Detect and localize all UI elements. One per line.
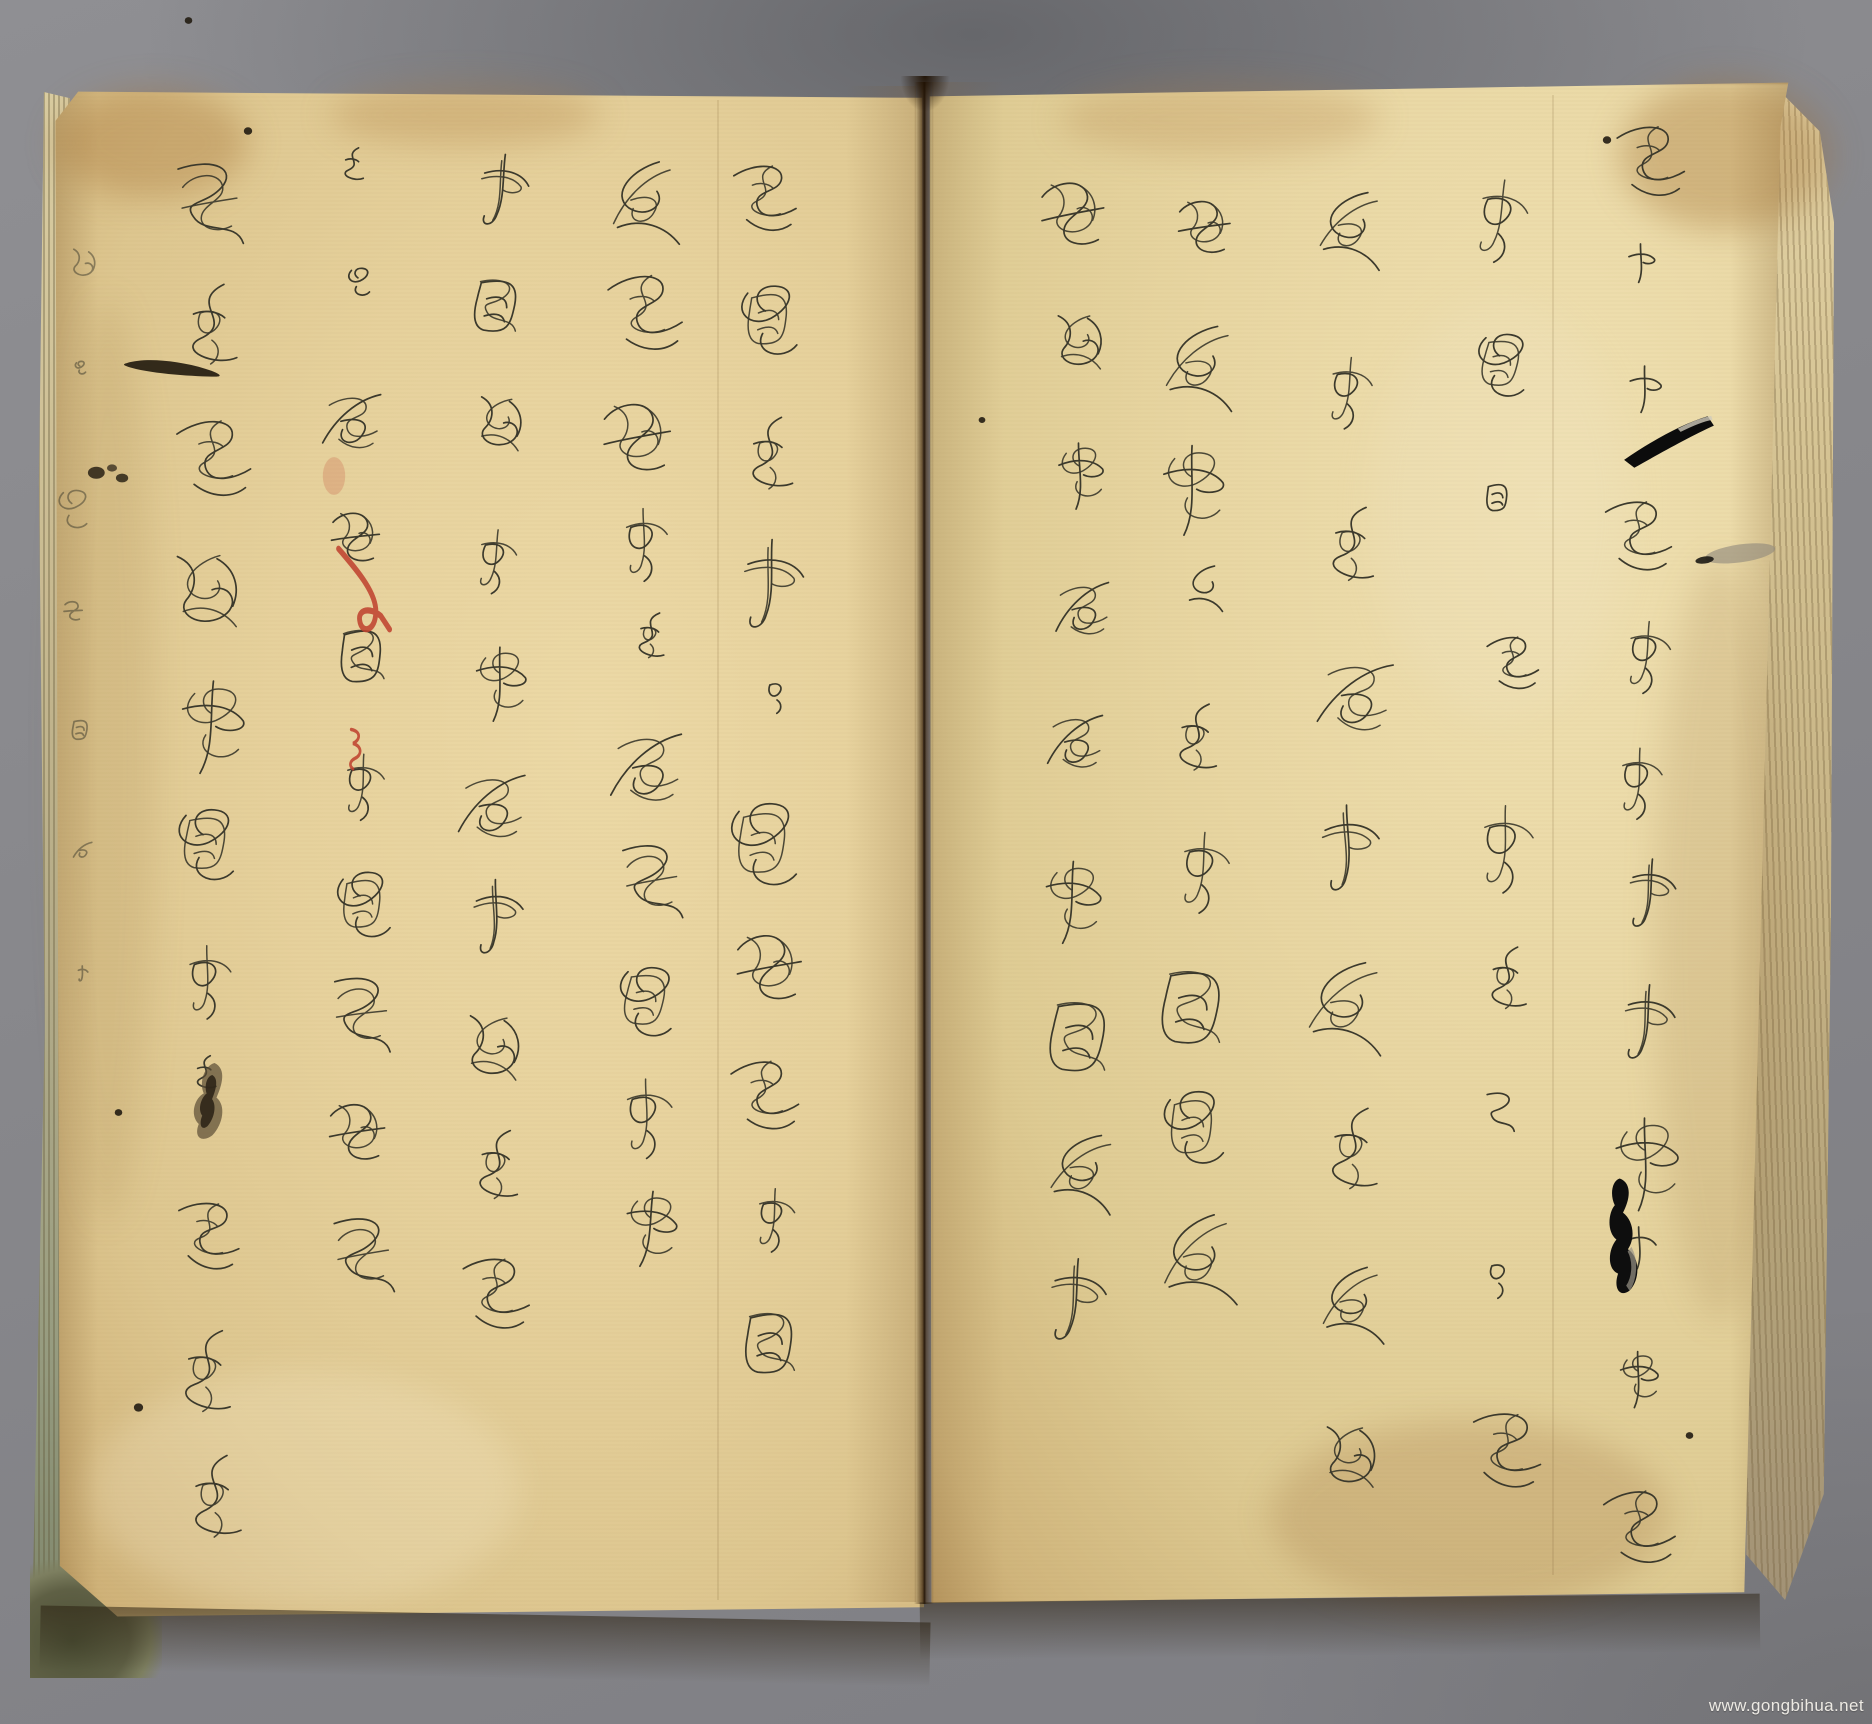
calligraphy-character <box>447 867 544 969</box>
calligraphy-character <box>1285 947 1403 1070</box>
calligraphy-character <box>1301 1254 1402 1359</box>
calligraphy-character <box>1475 1086 1525 1138</box>
calligraphy-character <box>1599 974 1695 1075</box>
calligraphy-character <box>1144 312 1251 425</box>
calligraphy-character <box>730 1174 816 1264</box>
calligraphy-character <box>443 999 540 1101</box>
calligraphy-character <box>58 595 88 626</box>
calligraphy-character <box>1021 159 1126 269</box>
calligraphy-character <box>457 636 548 731</box>
ink-blot <box>978 416 986 424</box>
ink-blot <box>184 16 193 25</box>
calligraphy-character <box>725 1295 818 1393</box>
calligraphy-character <box>1141 1074 1246 1184</box>
calligraphy-character <box>1445 786 1565 911</box>
ink-blot <box>84 456 140 496</box>
calligraphy-character <box>146 1316 266 1442</box>
ink-blot <box>1685 1431 1694 1440</box>
calligraphy-character <box>1463 938 1550 1029</box>
calligraphy-character <box>1040 430 1125 519</box>
calligraphy-character <box>1304 1412 1395 1507</box>
calligraphy-character <box>73 963 93 983</box>
ink-blot <box>114 1108 123 1117</box>
calligraphy-character <box>1591 487 1685 586</box>
calligraphy-character <box>448 1243 543 1343</box>
calligraphy-character <box>589 256 699 371</box>
calligraphy-character <box>595 717 700 827</box>
calligraphy-character <box>159 402 267 515</box>
calligraphy-character <box>1596 604 1696 709</box>
calligraphy-character <box>716 912 823 1024</box>
photo-of-open-calligraphy-book: www.gongbihua.net <box>0 0 1872 1724</box>
calligraphy-character <box>1029 1119 1134 1228</box>
calligraphy-character <box>155 927 259 1035</box>
calligraphy-character <box>1035 702 1117 788</box>
calligraphy-character <box>1176 559 1233 619</box>
ink-blot <box>1618 410 1720 488</box>
calligraphy-character <box>1136 1198 1259 1326</box>
ink-blot <box>1582 1176 1664 1298</box>
watermark: www.gongbihua.net <box>1709 1696 1864 1716</box>
calligraphy-character <box>1470 1246 1528 1307</box>
calligraphy-character <box>444 759 540 860</box>
calligraphy-character <box>1591 733 1687 834</box>
calligraphy-character <box>1453 1395 1559 1506</box>
calligraphy-character <box>1475 624 1551 703</box>
calligraphy-character <box>1042 569 1125 656</box>
calligraphy-character <box>581 379 693 496</box>
calligraphy-character <box>156 1442 274 1565</box>
ink-blot <box>1692 532 1780 575</box>
calligraphy-character <box>592 490 696 598</box>
ink-blot <box>1602 135 1612 145</box>
ink-blot <box>180 1058 258 1149</box>
calligraphy-character <box>455 143 549 241</box>
calligraphy-character <box>1149 692 1245 793</box>
calligraphy-character <box>69 838 95 866</box>
calligraphy-character <box>714 1043 814 1147</box>
calligraphy-character <box>1022 1247 1127 1357</box>
ink-blot <box>118 350 230 409</box>
calligraphy-character <box>617 605 684 675</box>
calligraphy-character <box>314 966 409 1066</box>
calligraphy-character <box>588 146 700 262</box>
calligraphy-character <box>65 715 95 746</box>
calligraphy-character <box>601 830 703 936</box>
calligraphy-character <box>1301 643 1411 757</box>
calligraphy-character <box>750 666 804 723</box>
calligraphy-character <box>1297 339 1398 445</box>
calligraphy-character <box>158 795 254 896</box>
calligraphy-character <box>1163 184 1246 271</box>
calligraphy-character <box>1146 814 1257 930</box>
calligraphy-character <box>714 528 826 645</box>
ink-blot <box>243 126 253 136</box>
calligraphy-character <box>1022 848 1126 956</box>
calligraphy-character <box>1439 158 1560 284</box>
calligraphy-character <box>719 151 808 245</box>
calligraphy-character <box>1605 848 1693 940</box>
calligraphy-character <box>1605 1342 1676 1416</box>
calligraphy-character <box>148 535 264 656</box>
calligraphy-character <box>447 1118 547 1223</box>
calligraphy-character <box>1457 319 1548 414</box>
calligraphy-character <box>719 406 821 513</box>
red-correction-mark <box>338 726 382 784</box>
calligraphy-character <box>1137 950 1250 1069</box>
calligraphy-character <box>1586 1472 1692 1582</box>
calligraphy-character <box>341 263 378 302</box>
calligraphy-character <box>154 664 273 788</box>
calligraphy-character <box>71 359 89 378</box>
calligraphy-character <box>603 1177 702 1280</box>
calligraphy-character <box>1026 982 1134 1095</box>
calligraphy-character <box>154 147 265 263</box>
calligraphy-character <box>450 514 541 609</box>
calligraphy-layer <box>0 0 1872 1724</box>
calligraphy-character <box>1299 179 1399 283</box>
ink-blot <box>133 1402 144 1413</box>
calligraphy-character <box>313 1086 402 1179</box>
calligraphy-character <box>720 270 818 372</box>
calligraphy-character <box>1036 301 1119 388</box>
calligraphy-character <box>1477 475 1520 520</box>
calligraphy-character <box>1298 494 1406 607</box>
calligraphy-character <box>1139 432 1249 547</box>
calligraphy-character <box>318 858 411 955</box>
calligraphy-character <box>313 1203 415 1310</box>
calligraphy-character <box>597 951 696 1055</box>
calligraphy-character <box>456 264 539 350</box>
calligraphy-character <box>458 383 540 469</box>
red-correction-mark <box>320 455 348 497</box>
calligraphy-character <box>160 1186 255 1286</box>
calligraphy-character <box>707 787 821 907</box>
calligraphy-character <box>1618 236 1667 287</box>
calligraphy-character <box>1601 110 1699 212</box>
calligraphy-character <box>1294 1094 1411 1217</box>
red-correction-mark <box>328 542 416 654</box>
calligraphy-character <box>590 1058 703 1176</box>
calligraphy-character <box>61 241 105 287</box>
calligraphy-character <box>330 143 376 192</box>
calligraphy-character <box>1291 790 1406 909</box>
